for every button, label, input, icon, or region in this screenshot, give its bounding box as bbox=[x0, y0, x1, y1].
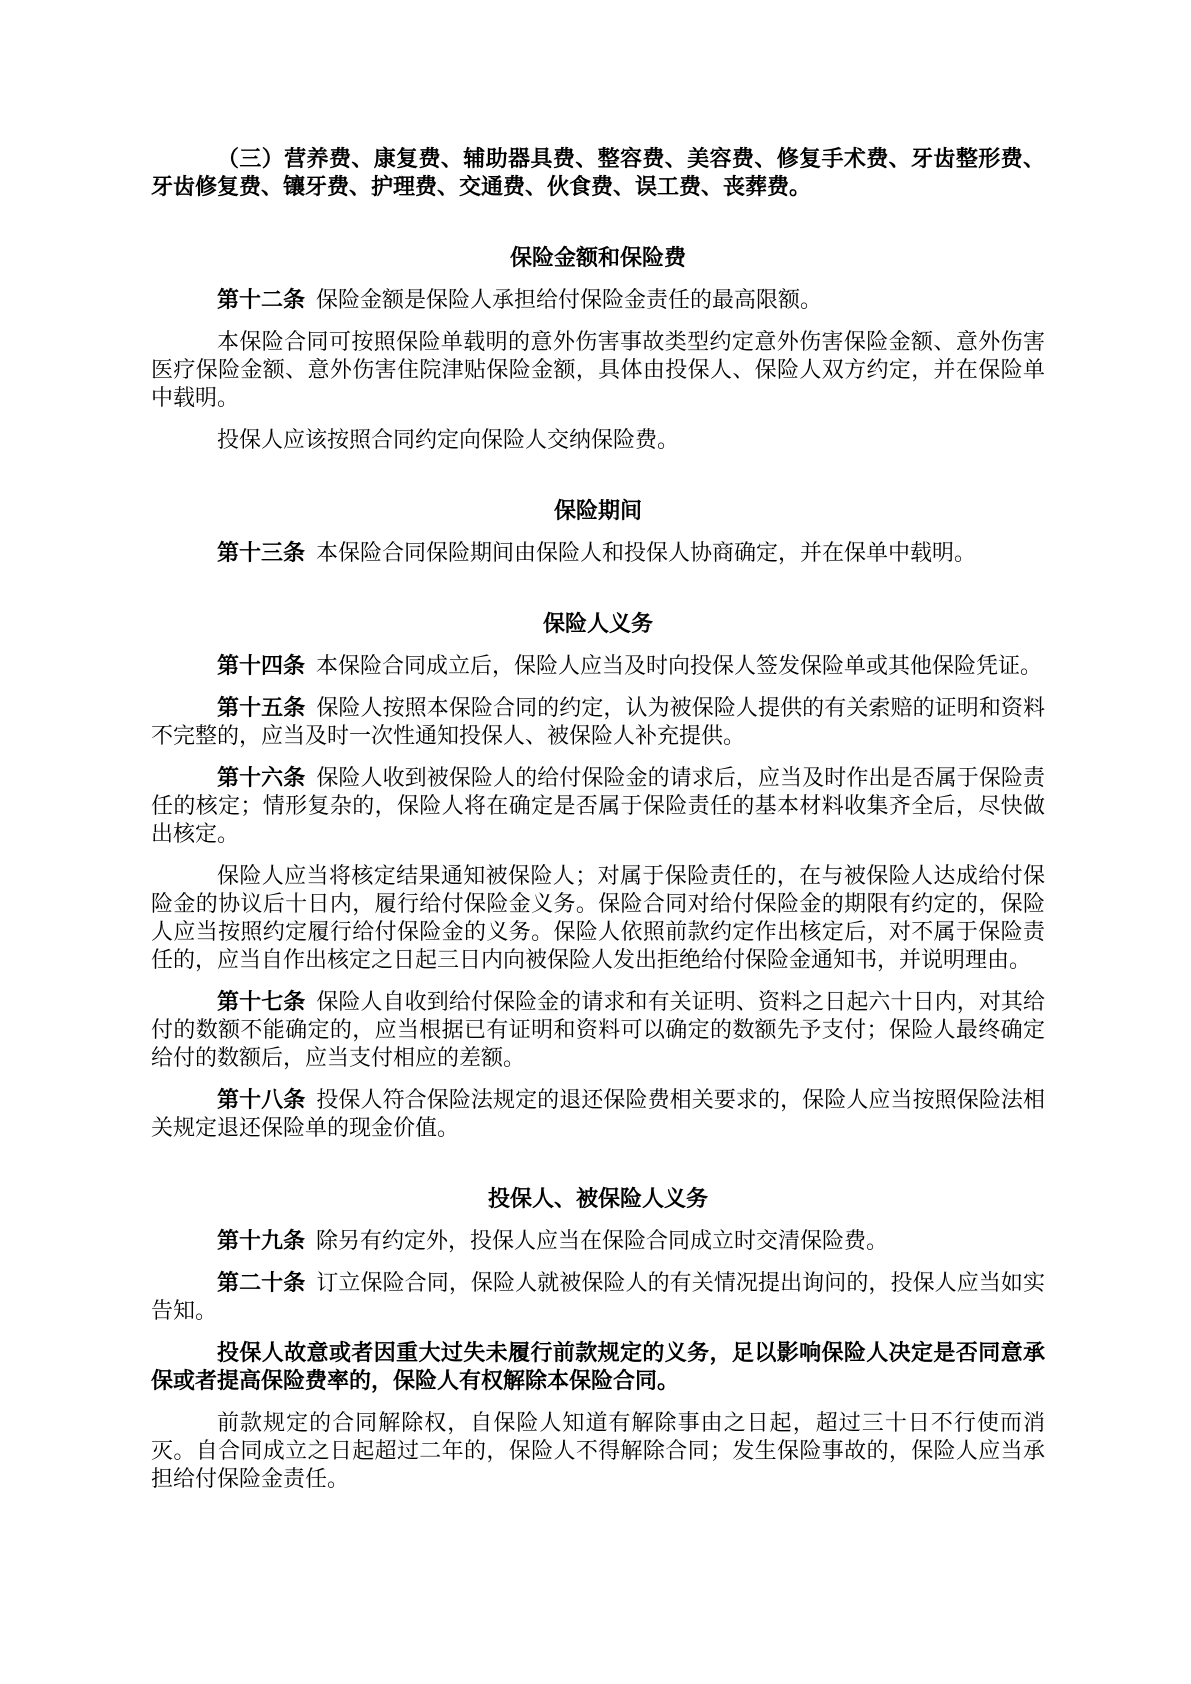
paragraph-rescission-limits: 前款规定的合同解除权，自保险人知道有解除事由之日起，超过三十日不行使而消灭。自合… bbox=[151, 1409, 1045, 1493]
lead-paragraph: （三）营养费、康复费、辅助器具费、整容费、美容费、修复手术费、牙齿整形费、牙齿修… bbox=[151, 145, 1045, 201]
article-12-term: 第十二条 bbox=[217, 287, 305, 312]
paragraph-article-16: 第十六条保险人收到被保险人的给付保险金的请求后，应当及时作出是否属于保险责任的核… bbox=[151, 764, 1045, 848]
article-15-term: 第十五条 bbox=[217, 695, 305, 720]
paragraph-verdict-notification: 保险人应当将核定结果通知被保险人；对属于保险责任的，在与被保险人达成给付保险金的… bbox=[151, 862, 1045, 974]
paragraph-article-12: 第十二条保险金额是保险人承担给付保险金责任的最高限额。 bbox=[151, 286, 1045, 314]
section-heading-policyholder-obligations: 投保人、被保险人义务 bbox=[151, 1185, 1045, 1213]
paragraph-sum-insured-types: 本保险合同可按照保险单载明的意外伤害事故类型约定意外伤害保险金额、意外伤害医疗保… bbox=[151, 328, 1045, 412]
paragraph-article-13: 第十三条本保险合同保险期间由保险人和投保人协商确定，并在保单中载明。 bbox=[151, 539, 1045, 567]
article-13-text: 本保险合同保险期间由保险人和投保人协商确定，并在保单中载明。 bbox=[316, 540, 976, 565]
paragraph-rescission-right: 投保人故意或者因重大过失未履行前款规定的义务，足以影响保险人决定是否同意承保或者… bbox=[151, 1339, 1045, 1395]
section-heading-insurance-period: 保险期间 bbox=[151, 497, 1045, 525]
article-19-term: 第十九条 bbox=[217, 1228, 305, 1253]
article-14-text: 本保险合同成立后，保险人应当及时向投保人签发保险单或其他保险凭证。 bbox=[316, 653, 1042, 678]
paragraph-article-18: 第十八条投保人符合保险法规定的退还保险费相关要求的，保险人应当按照保险法相关规定… bbox=[151, 1086, 1045, 1142]
article-16-term: 第十六条 bbox=[217, 765, 305, 790]
article-18-term: 第十八条 bbox=[217, 1087, 305, 1112]
paragraph-article-17: 第十七条保险人自收到给付保险金的请求和有关证明、资料之日起六十日内，对其给付的数… bbox=[151, 988, 1045, 1072]
paragraph-article-19: 第十九条除另有约定外，投保人应当在保险合同成立时交清保险费。 bbox=[151, 1227, 1045, 1255]
paragraph-article-14: 第十四条本保险合同成立后，保险人应当及时向投保人签发保险单或其他保险凭证。 bbox=[151, 652, 1045, 680]
paragraph-premium-payment: 投保人应该按照合同约定向保险人交纳保险费。 bbox=[151, 426, 1045, 454]
article-12-text: 保险金额是保险人承担给付保险金责任的最高限额。 bbox=[316, 287, 822, 312]
document-page: （三）营养费、康复费、辅助器具费、整容费、美容费、修复手术费、牙齿整形费、牙齿修… bbox=[0, 0, 1191, 1684]
paragraph-article-15: 第十五条保险人按照本保险合同的约定，认为被保险人提供的有关索赔的证明和资料不完整… bbox=[151, 694, 1045, 750]
article-19-text: 除另有约定外，投保人应当在保险合同成立时交清保险费。 bbox=[316, 1228, 888, 1253]
article-13-term: 第十三条 bbox=[217, 540, 305, 565]
section-heading-sum-insured-premium: 保险金额和保险费 bbox=[151, 244, 1045, 272]
section-heading-insurer-obligations: 保险人义务 bbox=[151, 610, 1045, 638]
paragraph-article-20: 第二十条订立保险合同，保险人就被保险人的有关情况提出询问的，投保人应当如实告知。 bbox=[151, 1269, 1045, 1325]
article-20-term: 第二十条 bbox=[217, 1270, 305, 1295]
article-17-term: 第十七条 bbox=[217, 989, 305, 1014]
article-14-term: 第十四条 bbox=[217, 653, 305, 678]
